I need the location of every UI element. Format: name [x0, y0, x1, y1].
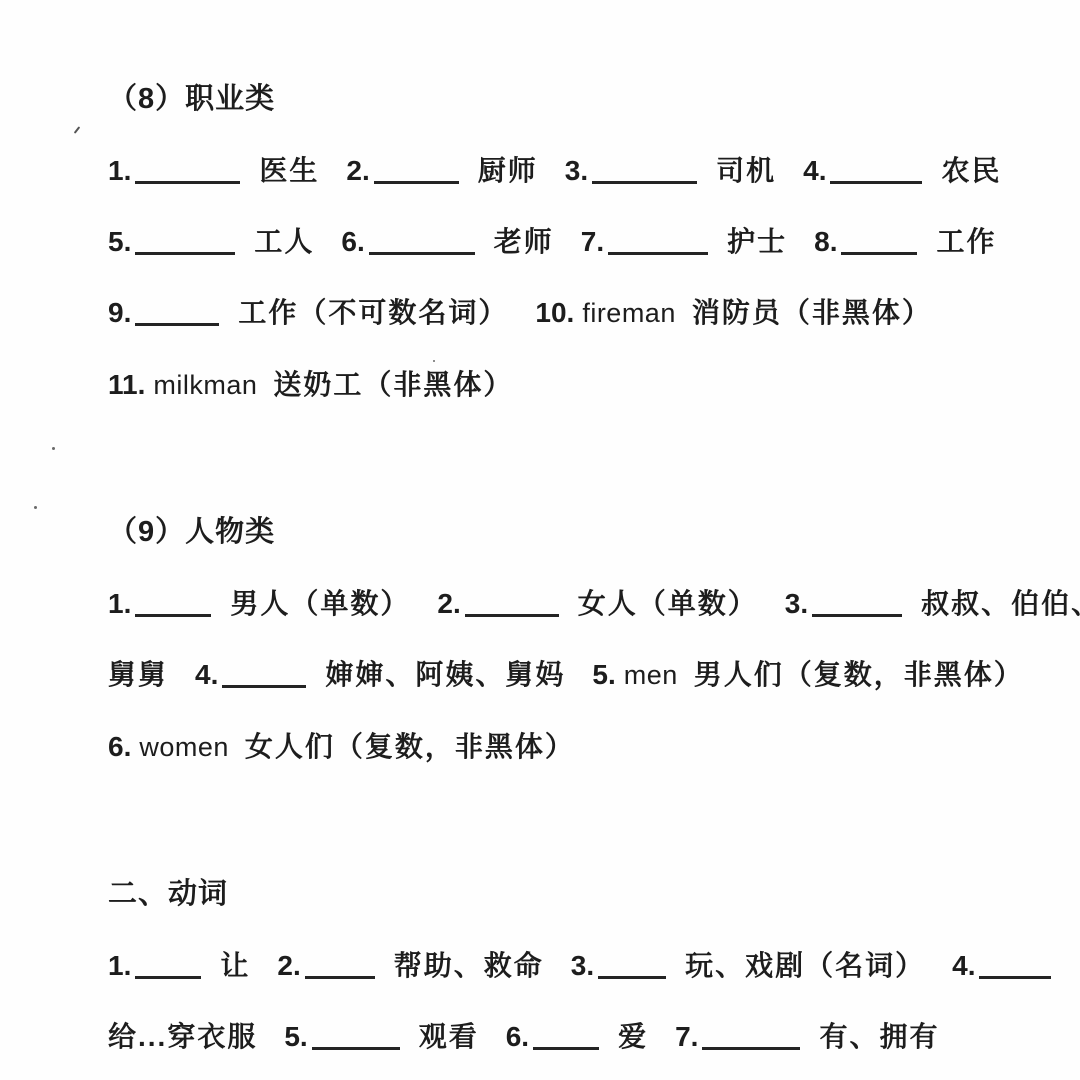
section-people: （9）人物类1.男人（单数）2.女人（单数）3.叔叔、伯伯、舅舅4.婶婶、阿姨、…: [108, 497, 1060, 783]
item-number: 5.: [108, 226, 131, 257]
term-english: women: [139, 732, 229, 762]
answer-blank: [702, 1041, 800, 1050]
term-chinese: 给...穿衣服: [108, 1021, 257, 1052]
worksheet-line: 舅舅4.婶婶、阿姨、舅妈5.men男人们（复数，非黑体）: [108, 639, 1060, 711]
item-number: 3.: [571, 950, 594, 981]
term-chinese: 司机: [716, 155, 776, 186]
term-chinese: 消防员（非黑体）: [692, 297, 932, 328]
answer-blank: [135, 317, 219, 326]
item-number: 3.: [785, 588, 808, 619]
worksheet-line: 5.工人6.老师7.护士8.工作: [108, 206, 1060, 277]
document-page: （8）职业类1.医生2.厨师3.司机4.农民5.工人6.老师7.护士8.工作9.…: [0, 0, 1080, 1080]
term-chinese: 工作（不可数名词）: [238, 297, 508, 328]
item-number: 11.: [108, 369, 145, 400]
term-chinese: 工作: [936, 226, 996, 257]
item-number: 8.: [814, 226, 837, 257]
term-chinese: 工人: [254, 226, 314, 257]
item-number: 6.: [506, 1021, 529, 1052]
answer-blank: [979, 970, 1051, 979]
term-chinese: 爱: [618, 1021, 648, 1052]
term-chinese: 叔叔、伯伯、: [921, 588, 1080, 619]
section-occupations: （8）职业类1.医生2.厨师3.司机4.农民5.工人6.老师7.护士8.工作9.…: [108, 64, 1060, 421]
item-number: 5.: [284, 1021, 307, 1052]
item-number: 6.: [341, 226, 364, 257]
answer-blank: [312, 1041, 400, 1050]
item-number: 10.: [535, 297, 574, 328]
term-chinese: 送奶工（非黑体）: [273, 369, 513, 400]
worksheet-line: 6.women女人们（复数，非黑体）: [108, 711, 1060, 783]
scan-speck: [433, 360, 435, 362]
worksheet-line: 9.工作（不可数名词）10.fireman消防员（非黑体）: [108, 277, 1060, 349]
answer-blank: [135, 970, 201, 979]
answer-blank: [369, 246, 475, 255]
item-number: 1.: [108, 588, 131, 619]
term-chinese: 有、拥有: [819, 1021, 939, 1052]
term-chinese: 男人们（复数，非黑体）: [694, 659, 1024, 690]
term-chinese: 女人们（复数，非黑体）: [245, 731, 575, 762]
worksheet-line: 1.医生2.厨师3.司机4.农民: [108, 135, 1060, 206]
item-number: 2.: [437, 588, 460, 619]
term-chinese: 舅舅: [108, 659, 168, 690]
section-heading: 二、动词: [108, 859, 1060, 930]
term-chinese: 帮助、救命: [394, 950, 544, 981]
answer-blank: [598, 970, 666, 979]
term-chinese: 农民: [941, 155, 1001, 186]
section-heading: （8）职业类: [108, 64, 1060, 135]
item-number: 1.: [108, 155, 131, 186]
term-english: fireman: [582, 298, 676, 328]
answer-blank: [592, 175, 697, 184]
answer-blank: [830, 175, 922, 184]
answer-blank: [608, 246, 708, 255]
sections-container: （8）职业类1.医生2.厨师3.司机4.农民5.工人6.老师7.护士8.工作9.…: [0, 0, 1080, 1072]
term-chinese: 女人（单数）: [578, 588, 758, 619]
term-chinese: 厨师: [478, 155, 538, 186]
section-heading: （9）人物类: [108, 497, 1060, 568]
item-number: 3.: [565, 155, 588, 186]
answer-blank: [135, 175, 240, 184]
item-number: 4.: [195, 659, 218, 690]
term-chinese: 玩、戏剧（名词）: [685, 950, 925, 981]
answer-blank: [374, 175, 459, 184]
item-number: 2.: [277, 950, 300, 981]
worksheet-line: 11.milkman送奶工（非黑体）: [108, 349, 1060, 421]
section-verbs: 二、动词1.让2.帮助、救命3.玩、戏剧（名词）4.给...穿衣服5.观看6.爱…: [108, 859, 1060, 1072]
item-number: 9.: [108, 297, 131, 328]
term-chinese: 医生: [259, 155, 319, 186]
answer-blank: [305, 970, 375, 979]
item-number: 1.: [108, 950, 131, 981]
answer-blank: [465, 608, 559, 617]
term-chinese: 婶婶、阿姨、舅妈: [325, 659, 565, 690]
answer-blank: [533, 1041, 599, 1050]
item-number: 7.: [581, 226, 604, 257]
term-chinese: 让: [220, 950, 250, 981]
term-chinese: 护士: [727, 226, 787, 257]
item-number: 2.: [346, 155, 369, 186]
item-number: 4.: [952, 950, 975, 981]
item-number: 7.: [675, 1021, 698, 1052]
answer-blank: [135, 608, 211, 617]
worksheet-line: 给...穿衣服5.观看6.爱7.有、拥有: [108, 1001, 1060, 1072]
scan-speck: [52, 447, 55, 450]
item-number: 5.: [592, 659, 615, 690]
item-number: 6.: [108, 731, 131, 762]
term-english: men: [624, 660, 678, 690]
term-english: milkman: [153, 370, 257, 400]
term-chinese: 观看: [419, 1021, 479, 1052]
item-number: 4.: [803, 155, 826, 186]
scan-speck: [34, 506, 37, 509]
term-chinese: 老师: [494, 226, 554, 257]
answer-blank: [812, 608, 902, 617]
answer-blank: [841, 246, 917, 255]
worksheet-line: 1.男人（单数）2.女人（单数）3.叔叔、伯伯、: [108, 568, 1060, 639]
answer-blank: [222, 679, 306, 688]
term-chinese: 男人（单数）: [230, 588, 410, 619]
answer-blank: [135, 246, 235, 255]
worksheet-line: 1.让2.帮助、救命3.玩、戏剧（名词）4.: [108, 930, 1060, 1001]
